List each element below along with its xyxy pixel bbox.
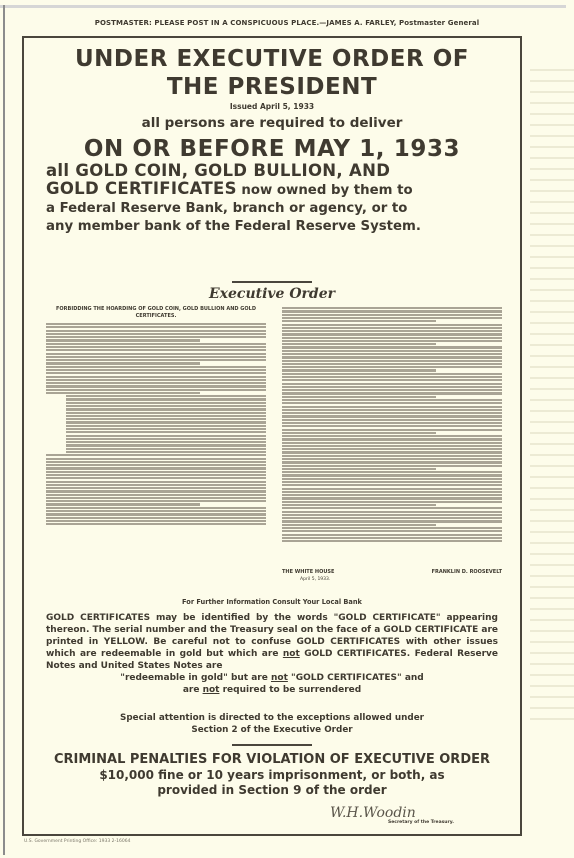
ghost-line — [530, 278, 574, 280]
secretary-title: Secretary of the Treasury. — [388, 820, 454, 825]
ghost-line — [530, 520, 574, 522]
body-text-line — [66, 402, 266, 404]
body-text-line — [66, 441, 266, 443]
body-text-line — [282, 504, 436, 506]
body-text-line — [46, 464, 266, 466]
gold-rest-3: any member bank of the Federal Reserve S… — [46, 218, 498, 236]
body-text-line — [282, 514, 502, 516]
body-text-line — [282, 474, 502, 476]
body-text-line — [66, 398, 266, 400]
ghost-line — [530, 696, 574, 698]
body-text-line — [282, 520, 502, 522]
body-text-line — [282, 451, 502, 453]
body-text-line — [282, 366, 502, 368]
gold-rest-1: now owned by them to — [237, 183, 413, 198]
ghost-line — [530, 80, 574, 82]
body-text-line — [66, 451, 266, 453]
body-text-line — [46, 458, 266, 460]
body-text-line — [282, 484, 502, 486]
postmaster-notice: POSTMASTER: PLEASE POST IN A CONSPICUOUS… — [0, 19, 574, 27]
body-text-line — [282, 327, 502, 329]
penalties-line-2: $10,000 fine or 10 years imprisonment, o… — [22, 768, 522, 784]
order-place: THE WHITE HOUSE — [282, 569, 334, 575]
body-text-line — [46, 326, 266, 328]
body-text-line — [46, 366, 266, 368]
ghost-line — [530, 586, 574, 588]
ghost-line — [530, 355, 574, 357]
title-line-1: UNDER EXECUTIVE ORDER OF — [22, 45, 522, 73]
body-text-line — [282, 419, 502, 421]
body-text-line — [282, 383, 502, 385]
body-text-line — [46, 369, 266, 371]
ghost-line — [530, 707, 574, 709]
ghost-line — [530, 124, 574, 126]
body-text-line — [282, 442, 502, 444]
ghost-line — [530, 377, 574, 379]
gold-items: all GOLD COIN, GOLD BULLION, AND GOLD CE… — [46, 162, 498, 236]
body-text-line — [46, 339, 200, 341]
ghost-line — [530, 421, 574, 423]
body-text-line — [282, 432, 436, 434]
ghost-line — [530, 311, 574, 313]
body-text-line — [282, 448, 502, 450]
body-text-line — [282, 527, 502, 529]
body-text-line — [282, 537, 502, 539]
ghost-line — [530, 102, 574, 104]
order-signatory: FRANKLIN D. ROOSEVELT — [432, 569, 502, 575]
body-text-line — [46, 481, 266, 483]
body-text-line — [282, 481, 502, 483]
body-text-line — [282, 363, 502, 365]
ghost-line — [530, 289, 574, 291]
ghost-line — [530, 190, 574, 192]
ghost-line — [530, 498, 574, 500]
body-text-line — [46, 372, 266, 374]
body-text-line — [46, 467, 266, 469]
body-text-line — [282, 435, 502, 437]
body-text-line — [282, 511, 502, 513]
ghost-line — [530, 542, 574, 544]
body-text-line — [282, 346, 502, 348]
order-date: April 5, 1933. — [300, 577, 330, 582]
body-text-line — [282, 425, 502, 427]
body-text-line — [282, 471, 502, 473]
ghost-line — [530, 410, 574, 412]
body-text-line — [46, 359, 266, 361]
order-signature-row: THE WHITE HOUSE FRANKLIN D. ROOSEVELT — [282, 569, 502, 575]
body-text-line — [46, 497, 266, 499]
ghost-line — [530, 322, 574, 324]
info-p4a: are — [183, 685, 203, 695]
ghost-line — [530, 135, 574, 137]
special-line-1: Special attention is directed to the exc… — [22, 712, 522, 724]
body-text-line — [282, 389, 502, 391]
body-text-line — [46, 353, 266, 355]
body-text-line — [282, 409, 502, 411]
ghost-line — [530, 223, 574, 225]
body-text-line — [46, 461, 266, 463]
page-frame-left — [3, 5, 5, 855]
body-text-line — [282, 517, 502, 519]
ghost-line — [530, 234, 574, 236]
body-text-line — [282, 310, 502, 312]
body-text-line — [282, 478, 502, 480]
divider — [232, 744, 312, 746]
background-ghost-text — [530, 60, 574, 760]
ghost-line — [530, 366, 574, 368]
body-text-line — [282, 386, 502, 388]
body-text-line — [66, 448, 266, 450]
body-text-line — [46, 389, 266, 391]
body-text-line — [282, 497, 502, 499]
body-text-line — [282, 379, 502, 381]
body-text-line — [46, 376, 266, 378]
body-text-line — [46, 356, 266, 358]
criminal-penalties: CRIMINAL PENALTIES FOR VIOLATION OF EXEC… — [22, 752, 522, 799]
body-text-line — [282, 369, 436, 371]
ghost-line — [530, 91, 574, 93]
info-p4b: required to be surrendered — [219, 685, 361, 695]
page-frame-top — [0, 5, 566, 8]
ghost-line — [530, 399, 574, 401]
body-text-line — [66, 412, 266, 414]
body-text-line — [46, 520, 266, 522]
body-text-line — [46, 477, 266, 479]
ghost-line — [530, 443, 574, 445]
ghost-line — [530, 201, 574, 203]
issued-date: Issued April 5, 1933 — [22, 102, 522, 111]
body-text-line — [282, 392, 502, 394]
ghost-line — [530, 685, 574, 687]
body-text-line — [46, 362, 200, 364]
body-text-line — [282, 360, 502, 362]
body-text-line — [282, 343, 436, 345]
body-text-line — [46, 484, 266, 486]
body-text-line — [282, 333, 502, 335]
body-text-line — [282, 458, 502, 460]
ghost-line — [530, 212, 574, 214]
main-title: UNDER EXECUTIVE ORDER OF THE PRESIDENT — [22, 45, 522, 101]
body-text-line — [46, 517, 266, 519]
ghost-line — [530, 157, 574, 159]
body-text-line — [46, 333, 266, 335]
order-column-left: FORBIDDING THE HOARDING OF GOLD COIN, GO… — [46, 306, 266, 526]
ghost-line — [530, 641, 574, 643]
gold-certificates-label: GOLD CERTIFICATES — [46, 179, 237, 198]
divider — [232, 281, 312, 283]
ghost-line — [530, 652, 574, 654]
body-text-line — [46, 349, 266, 351]
body-text-line — [282, 307, 502, 309]
body-text-line — [46, 336, 266, 338]
info-not-3: not — [203, 685, 220, 695]
treasury-signature: W.H.Woodin — [330, 805, 416, 821]
body-text-line — [282, 337, 502, 339]
body-text-line — [282, 412, 502, 414]
body-text-line — [46, 323, 266, 325]
penalties-line-3: provided in Section 9 of the order — [22, 783, 522, 799]
ghost-line — [530, 267, 574, 269]
body-text-line — [282, 524, 436, 526]
body-text-line — [66, 435, 266, 437]
ghost-line — [530, 465, 574, 467]
ghost-line — [530, 300, 574, 302]
body-text-line — [66, 438, 266, 440]
ghost-line — [530, 388, 574, 390]
body-text-line — [282, 494, 502, 496]
body-text-line — [46, 330, 266, 332]
ghost-line — [530, 168, 574, 170]
body-text-line — [46, 392, 200, 394]
ghost-line — [530, 597, 574, 599]
body-text-line — [46, 490, 266, 492]
body-text-line — [66, 408, 266, 410]
further-info: For Further Information Consult Your Loc… — [22, 598, 522, 606]
body-text-line — [46, 494, 266, 496]
info-p3a: "redeemable in gold" but are — [120, 673, 271, 683]
ghost-line — [530, 564, 574, 566]
info-not-2: not — [271, 673, 288, 683]
ghost-line — [530, 619, 574, 621]
body-text-line — [282, 468, 436, 470]
ghost-line — [530, 630, 574, 632]
body-text-line — [66, 428, 266, 430]
body-text-line — [282, 330, 502, 332]
body-text-line — [46, 346, 266, 348]
body-text-line — [282, 324, 502, 326]
body-text-line — [282, 353, 502, 355]
order-column-right — [282, 306, 502, 543]
body-text-line — [282, 396, 436, 398]
ghost-line — [530, 531, 574, 533]
body-text-line — [46, 382, 266, 384]
ghost-line — [530, 454, 574, 456]
body-text-line — [66, 444, 266, 446]
body-text-line — [282, 455, 502, 457]
body-text-line — [282, 540, 502, 542]
body-text-line — [46, 523, 266, 525]
body-text-line — [282, 320, 436, 322]
ghost-line — [530, 113, 574, 115]
body-text-line — [282, 317, 502, 319]
body-text-line — [282, 422, 502, 424]
body-text-line — [282, 350, 502, 352]
body-text-line — [46, 379, 266, 381]
gold-items-line: all GOLD COIN, GOLD BULLION, AND — [46, 162, 498, 180]
ghost-line — [530, 487, 574, 489]
body-text-line — [46, 503, 200, 505]
special-line-2: Section 2 of the Executive Order — [22, 724, 522, 736]
deadline: ON OR BEFORE MAY 1, 1933 — [22, 136, 522, 162]
body-text-line — [282, 340, 502, 342]
body-text-line — [282, 491, 502, 493]
order-heading: FORBIDDING THE HOARDING OF GOLD COIN, GO… — [46, 306, 266, 320]
printer-credit: U.S. Government Printing Office: 1933 2-… — [24, 839, 130, 844]
ghost-line — [530, 553, 574, 555]
title-line-2: THE PRESIDENT — [22, 73, 522, 101]
ghost-line — [530, 333, 574, 335]
body-text-line — [282, 373, 502, 375]
ghost-line — [530, 432, 574, 434]
body-text-line — [282, 534, 502, 536]
ghost-line — [530, 674, 574, 676]
body-text-line — [46, 507, 266, 509]
body-text-line — [66, 431, 266, 433]
body-text-line — [66, 395, 266, 397]
body-text-line — [66, 421, 266, 423]
special-attention: Special attention is directed to the exc… — [22, 712, 522, 736]
body-text-line — [282, 501, 502, 503]
penalties-title: CRIMINAL PENALTIES FOR VIOLATION OF EXEC… — [22, 752, 522, 768]
body-text-line — [282, 488, 502, 490]
gold-rest-2: a Federal Reserve Bank, branch or agency… — [46, 200, 498, 218]
deliver-line: all persons are required to deliver — [22, 115, 522, 131]
body-text-line — [282, 438, 502, 440]
ghost-line — [530, 256, 574, 258]
body-text-line — [46, 500, 266, 502]
body-text-line — [282, 429, 502, 431]
body-text-line — [282, 461, 502, 463]
body-text-line — [66, 425, 266, 427]
ghost-line — [530, 509, 574, 511]
ghost-line — [530, 245, 574, 247]
body-text-line — [46, 487, 266, 489]
body-text-line — [282, 465, 502, 467]
body-text-line — [66, 415, 266, 417]
ghost-line — [530, 663, 574, 665]
body-text-line — [46, 474, 266, 476]
info-not-1: not — [283, 649, 300, 659]
body-text-line — [46, 343, 266, 345]
ghost-line — [530, 146, 574, 148]
body-text-line — [282, 415, 502, 417]
body-text-line — [282, 402, 502, 404]
info-p3b: "GOLD CERTIFICATES" and — [288, 673, 424, 683]
executive-order-title: Executive Order — [22, 286, 522, 302]
body-text-line — [282, 507, 502, 509]
body-text-line — [282, 314, 502, 316]
ghost-line — [530, 718, 574, 720]
ghost-line — [530, 575, 574, 577]
body-text-line — [66, 405, 266, 407]
body-text-line — [282, 406, 502, 408]
body-text-line — [66, 418, 266, 420]
body-text-line — [46, 471, 266, 473]
body-text-line — [282, 399, 502, 401]
ghost-line — [530, 69, 574, 71]
body-text-line — [282, 376, 502, 378]
ghost-line — [530, 344, 574, 346]
body-text-line — [46, 385, 266, 387]
body-text-line — [282, 445, 502, 447]
ghost-line — [530, 179, 574, 181]
body-text-line — [282, 530, 502, 532]
body-text-line — [46, 454, 266, 456]
body-text-line — [282, 356, 502, 358]
body-text-line — [46, 513, 266, 515]
ghost-line — [530, 608, 574, 610]
certificate-info: GOLD CERTIFICATES may be identified by t… — [46, 612, 498, 696]
ghost-line — [530, 476, 574, 478]
body-text-line — [46, 510, 266, 512]
